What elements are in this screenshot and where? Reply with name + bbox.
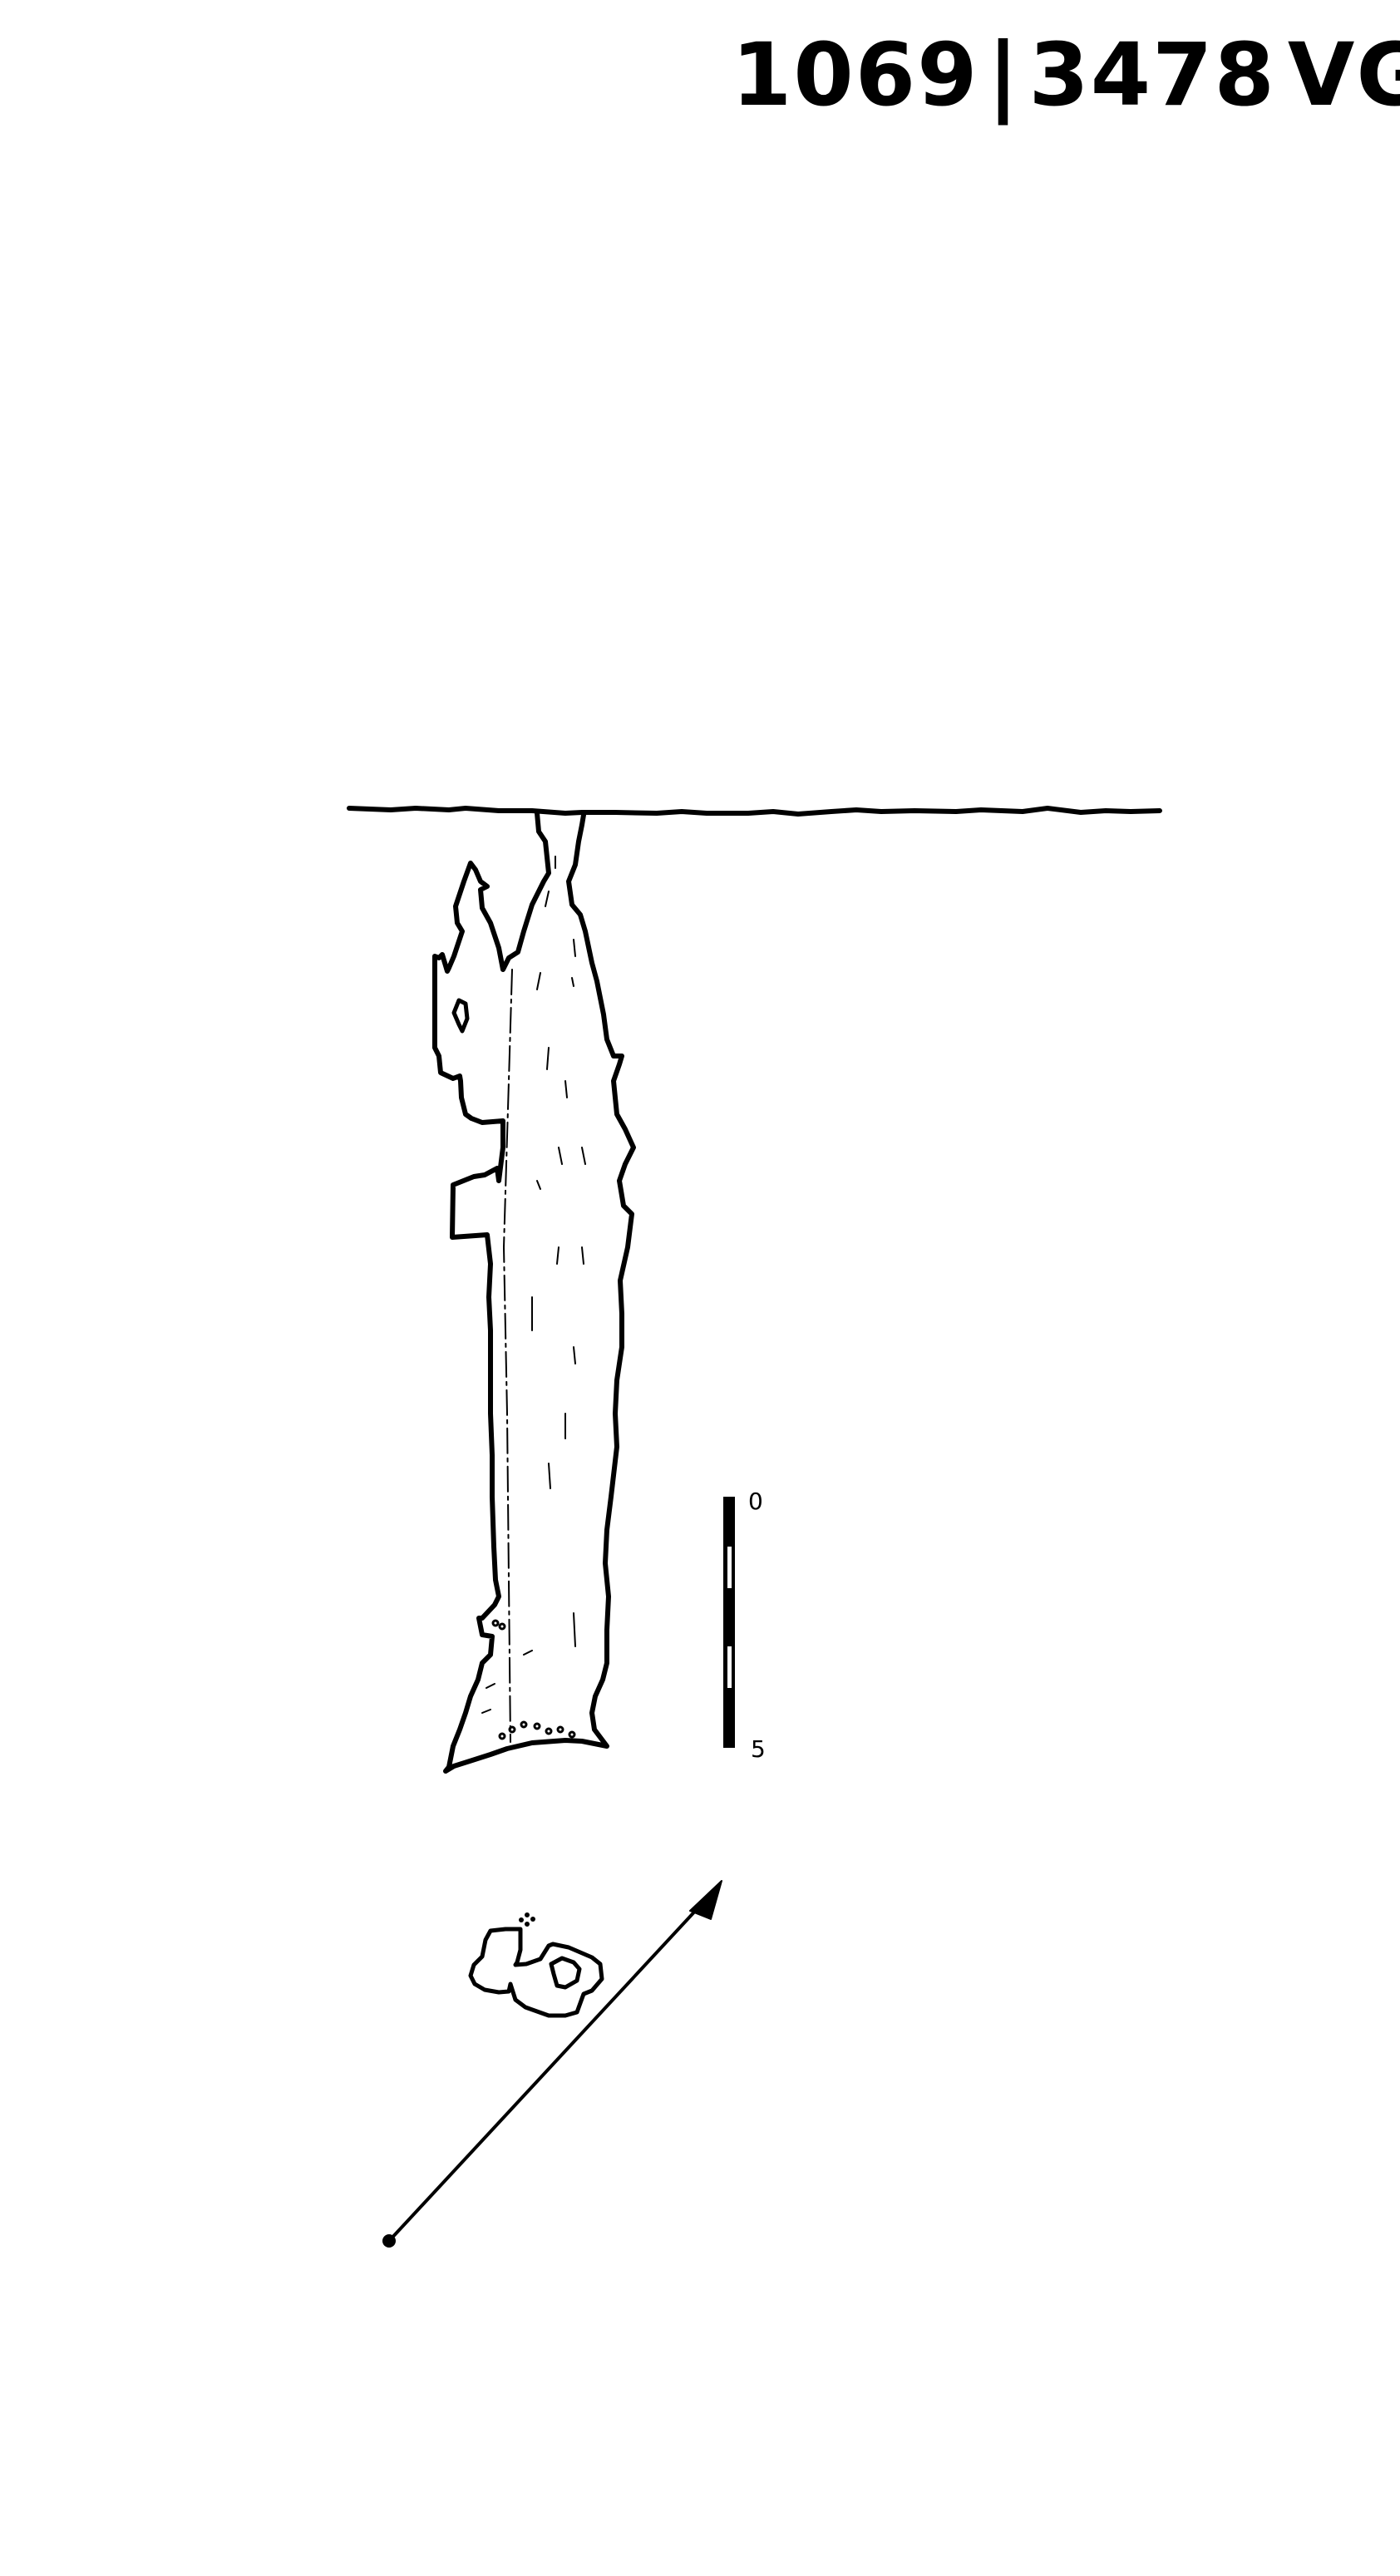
section-outline: [435, 813, 633, 1771]
scale-end-label: 5: [751, 1738, 766, 1761]
ground-line: [349, 808, 1160, 814]
archaeological-drawing: [0, 0, 1400, 2576]
section-void: [454, 1000, 467, 1031]
scale-start-label: 0: [748, 1490, 763, 1513]
north-arrow-icon: [382, 1881, 722, 2248]
plan-outline: [471, 1929, 602, 2016]
scale-bar: [723, 1497, 735, 1748]
